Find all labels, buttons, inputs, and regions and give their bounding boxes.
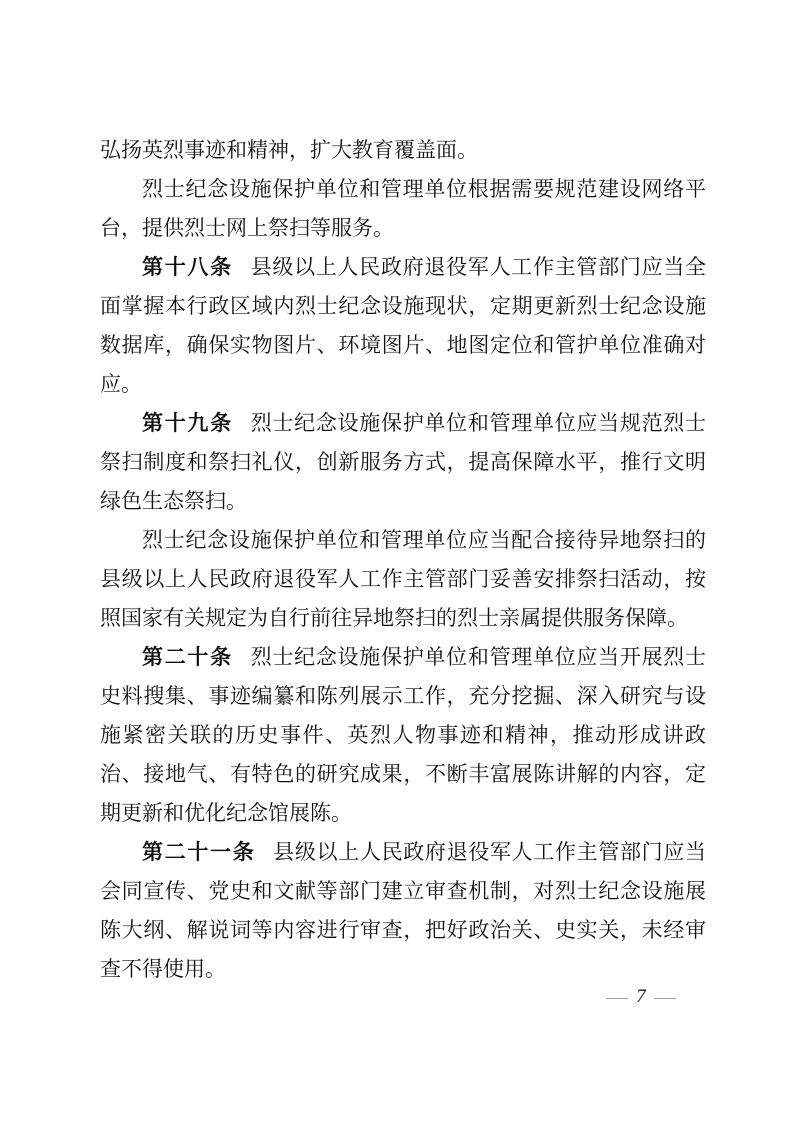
body-paragraph: 烈士纪念设施保护单位和管理单位根据需要规范建设网络平台，提供烈士网上祭扫等服务。 [100,170,706,248]
article-number: 第十八条 [142,256,233,279]
footer-dash-right: — [654,988,676,1006]
article-number: 第二十条 [142,646,233,669]
article-paragraph: 第二十条烈士纪念设施保护单位和管理单位应当开展烈士史料搜集、事迹编纂和陈列展示工… [100,638,706,833]
article-paragraph: 第十八条县级以上人民政府退役军人工作主管部门应当全面掌握本行政区域内烈士纪念设施… [100,248,706,404]
page-number: 7 [636,986,646,1008]
body-paragraph: 烈士纪念设施保护单位和管理单位应当配合接待异地祭扫的县级以上人民政府退役军人工作… [100,521,706,638]
body-paragraph: 弘扬英烈事迹和精神，扩大教育覆盖面。 [100,131,706,170]
document-page: 弘扬英烈事迹和精神，扩大教育覆盖面。烈士纪念设施保护单位和管理单位根据需要规范建… [0,0,793,1122]
page-footer: — 7 — [596,986,686,1008]
article-paragraph: 第十九条烈士纪念设施保护单位和管理单位应当规范烈士祭扫制度和祭扫礼仪，创新服务方… [100,404,706,521]
article-number: 第十九条 [142,412,233,435]
article-paragraph: 第二十一条县级以上人民政府退役军人工作主管部门应当会同宣传、党史和文献等部门建立… [100,833,706,989]
article-number: 第二十一条 [142,841,255,864]
document-body: 弘扬英烈事迹和精神，扩大教育覆盖面。烈士纪念设施保护单位和管理单位根据需要规范建… [100,131,706,989]
footer-dash-left: — [606,988,628,1006]
